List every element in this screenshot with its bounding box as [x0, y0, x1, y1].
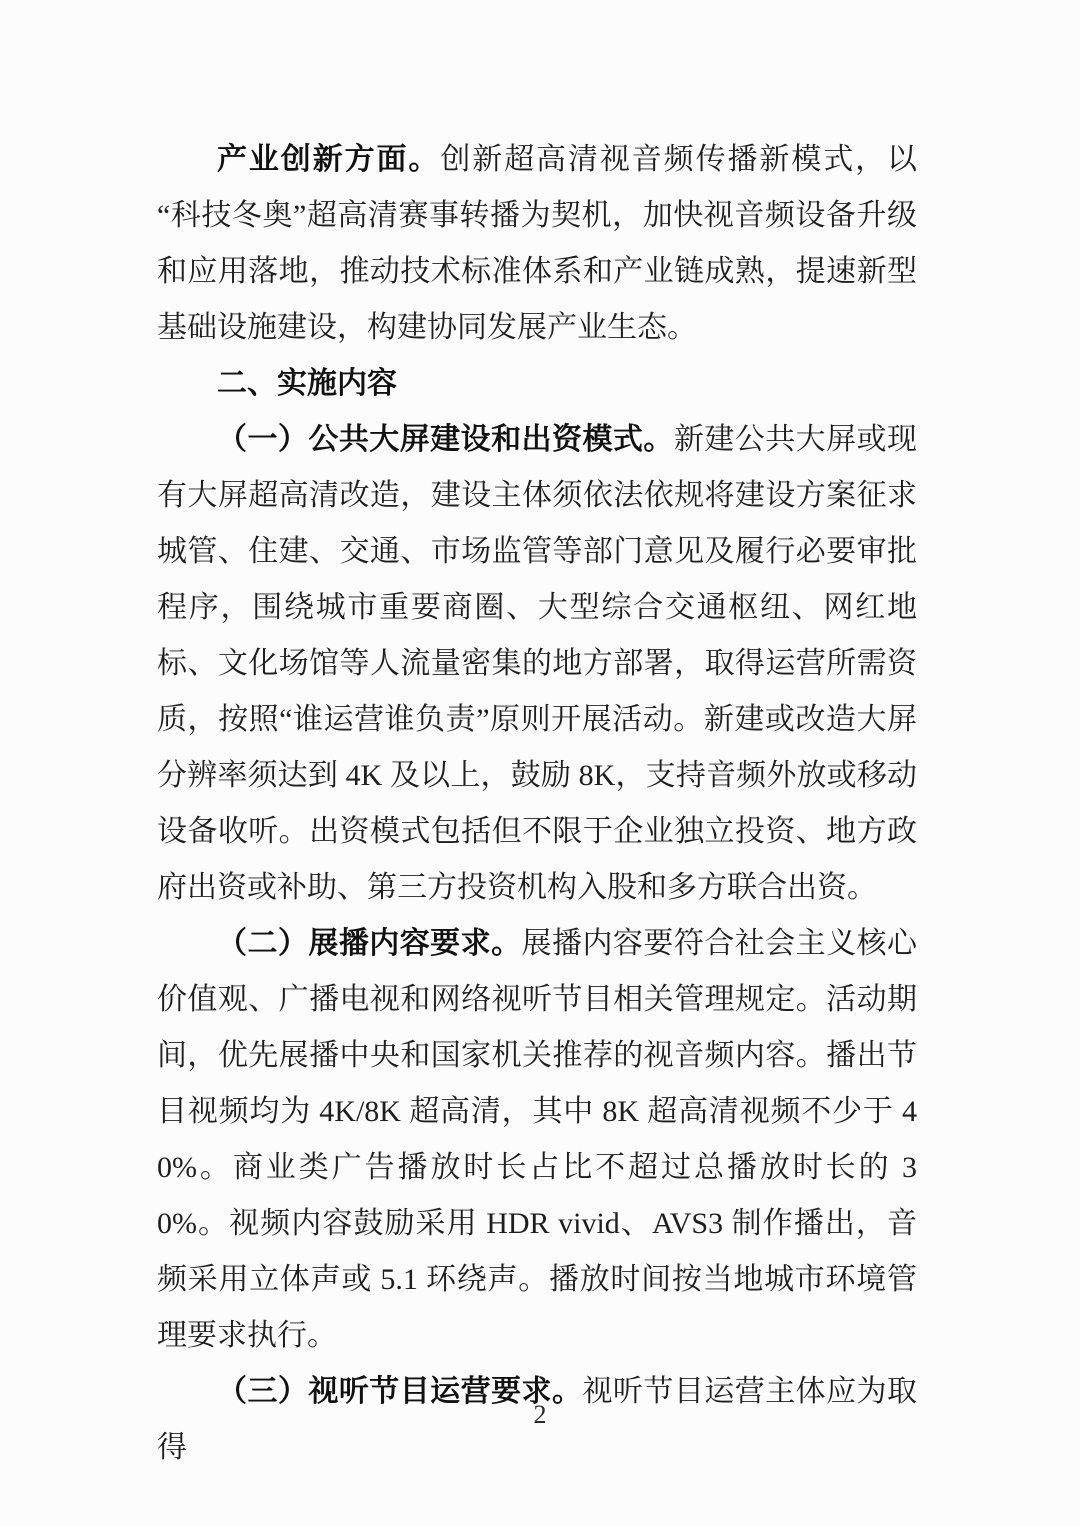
section-heading-label: 二、实施内容: [217, 367, 397, 400]
document-page: 产业创新方面。创新超高清视音频传播新模式，以“科技冬奥”超高清赛事转播为契机，加…: [0, 0, 1080, 1526]
paragraph-public-screen-construction: （一）公共大屏建设和出资模式。新建公共大屏或现有大屏超高清改造，建设主体须依法依…: [157, 412, 917, 916]
paragraph-text: 展播内容要符合社会主义核心价值观、广播电视和网络视听节目相关管理规定。活动期间，…: [157, 927, 917, 1352]
page-number: 2: [0, 1398, 1080, 1432]
paragraph-lead: （二）展播内容要求。: [217, 927, 522, 960]
paragraph-lead: 产业创新方面。: [217, 143, 440, 176]
paragraph-broadcast-content-requirements: （二）展播内容要求。展播内容要符合社会主义核心价值观、广播电视和网络视听节目相关…: [157, 916, 917, 1364]
section-heading-implementation: 二、实施内容: [157, 356, 917, 412]
paragraph-text: 新建公共大屏或现有大屏超高清改造，建设主体须依法依规将建设方案征求城管、住建、交…: [157, 423, 917, 904]
paragraph-lead: （一）公共大屏建设和出资模式。: [217, 423, 674, 456]
paragraph-industry-innovation: 产业创新方面。创新超高清视音频传播新模式，以“科技冬奥”超高清赛事转播为契机，加…: [157, 132, 917, 356]
document-body: 产业创新方面。创新超高清视音频传播新模式，以“科技冬奥”超高清赛事转播为契机，加…: [157, 132, 917, 1476]
